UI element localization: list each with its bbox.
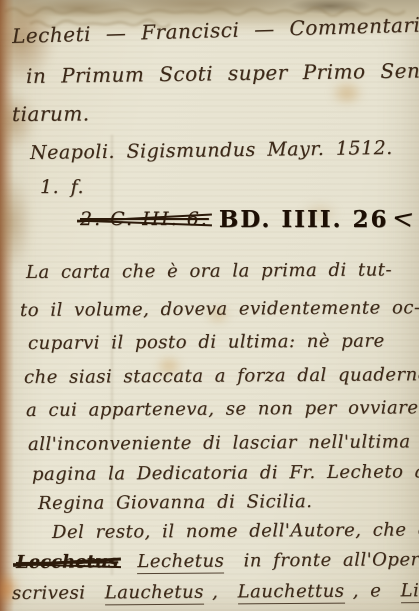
- stain: [0, 175, 32, 270]
- body-line-2: to il volume, doveva evidentemente oc-: [20, 297, 419, 321]
- old-shelfmark-struck: 2. C. III. 6.: [80, 208, 209, 230]
- manuscript-page: Lecheti — Francisci — Commentaria in Pri…: [0, 0, 419, 611]
- author-name-lechetus: Lechetus: [137, 551, 224, 575]
- new-shelfmark: BD. IIII. 26: [219, 206, 389, 233]
- shelfmark-line: 2. C. III. 6. BD. IIII. 26 <: [80, 204, 414, 234]
- body-line-6: all'inconveniente di lasciar nell'ultima: [28, 431, 411, 455]
- note-line-1: Del resto, il nome dell'Autore, che è: [52, 519, 419, 543]
- body-line-5: a cui apparteneva, se non per ovviare: [26, 397, 419, 421]
- struck-author-name: Lecchetus: [16, 551, 118, 573]
- title-line-2: in Primum Scoti super Primo Senten-: [26, 58, 419, 88]
- shelfmark-flourish: <: [391, 203, 417, 236]
- note-line-3: scrivesi Lauchetus , Lauchettus , e Lic-: [12, 580, 419, 604]
- note-line-2: Lecchetus Lechetus in fronte all'Opera,: [16, 549, 419, 573]
- body-line-3: cuparvi il posto di ultima: nè pare: [28, 331, 385, 354]
- imprint-line: Neapoli. Sigismundus Mayr. 1512.: [30, 137, 393, 164]
- author-name-lauchettus: Lauchettus: [238, 581, 345, 605]
- title-line-3: tiarum.: [12, 101, 90, 126]
- author-name-lic: Lic-: [401, 580, 419, 603]
- note-line-3-lead: scrivesi: [12, 582, 86, 604]
- folio-note: 1. f.: [40, 176, 84, 198]
- note-line-2-rest: in fronte all'Opera,: [243, 549, 419, 571]
- body-line-7: pagina la Dedicatoria di Fr. Lecheto all…: [32, 461, 419, 485]
- separator: ,: [212, 582, 218, 603]
- body-line-1: La carta che è ora la prima di tut-: [26, 259, 392, 283]
- body-line-4: che siasi staccata a forza dal quaderno: [24, 364, 419, 388]
- body-line-8: Regina Giovanna di Sicilia.: [38, 491, 313, 514]
- stain: [330, 80, 364, 106]
- author-name-lauchetus: Lauchetus: [105, 582, 204, 606]
- separator: , e: [353, 580, 382, 601]
